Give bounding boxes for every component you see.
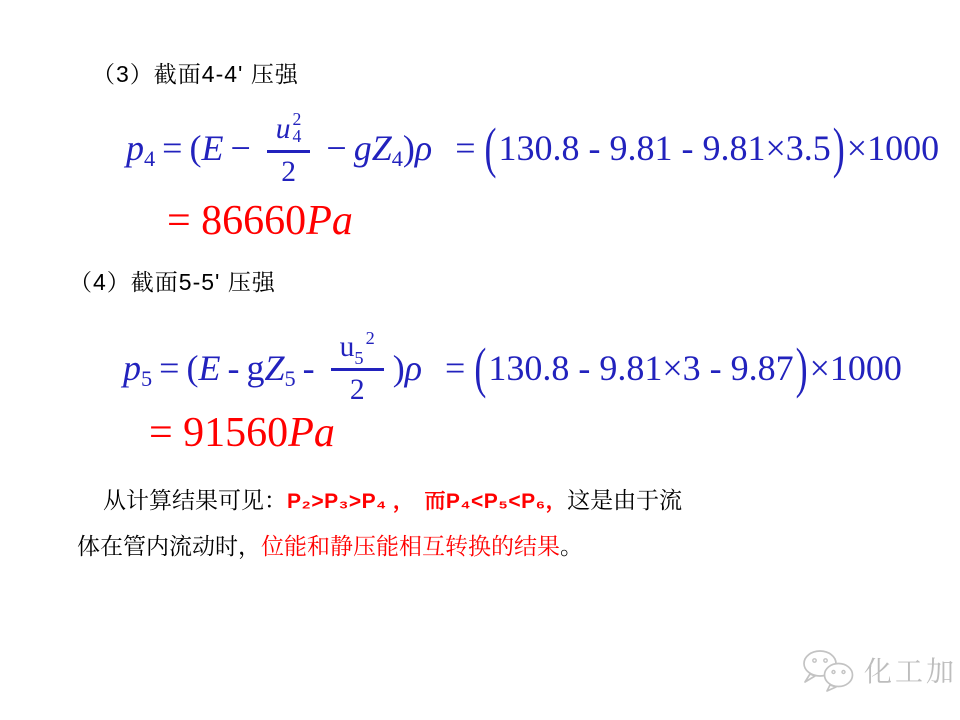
big-right-paren: ) — [796, 340, 808, 396]
subscript-5: 5 — [354, 349, 363, 367]
var-p-subscript: 5 — [141, 366, 152, 391]
minus-sign: − — [230, 128, 250, 168]
fraction-denominator: 2 — [281, 153, 296, 188]
section4-heading: （4）截面5-5' 压强 — [69, 264, 276, 297]
conclusion-period: 。 — [560, 533, 583, 559]
conclusion-line2-black: 体在管内流动时， — [77, 533, 261, 559]
var-Z-subscript: 5 — [285, 366, 296, 391]
var-p: p — [123, 348, 141, 388]
var-rho: ρ — [405, 348, 422, 388]
conclusion-line1: 从计算结果可见：P₂>P₃>P₄ ，而P₄<P₅<P₆，这是由于流 — [103, 486, 682, 515]
times-1000: ×1000 — [810, 350, 902, 386]
result-p4: = 86660Pa — [167, 200, 353, 242]
left-paren: ( — [189, 128, 201, 168]
section3-heading: （3）截面4-4' 压强 — [92, 56, 299, 89]
pressure-inequality-2: 而P₄<P₅<P₆， — [424, 487, 567, 513]
big-left-paren: ( — [485, 120, 497, 176]
slide-canvas: （3）截面4-4' 压强 p4=(E− u24 2 −gZ4)ρ =(130.8… — [0, 0, 960, 720]
result-p4-unit: Pa — [306, 198, 353, 244]
var-E: E — [198, 348, 220, 388]
var-E: E — [201, 128, 223, 168]
logo-text: 化工加 — [864, 650, 957, 690]
formula-p4: p4=(E− u24 2 −gZ4)ρ =(130.8 - 9.81 - 9.8… — [126, 100, 939, 196]
result-p5: = 91560Pa — [149, 412, 335, 454]
result-p4-value: = 86660 — [167, 198, 306, 244]
right-paren: ) — [393, 348, 405, 388]
fraction-u5sq-over-2: u52 2 — [331, 331, 384, 405]
fraction-numerator: u24 — [267, 109, 311, 153]
fraction-numerator: u52 — [331, 331, 384, 371]
conclusion-line2-red: 位能和静压能相互转换的结果 — [261, 533, 560, 559]
minus-sign: − — [326, 128, 346, 168]
fraction-u4sq-over-2: u24 2 — [267, 109, 311, 187]
formula-p4-lhs-start: p4=(E− — [126, 130, 258, 166]
pressure-inequality-1: P₂>P₃>P₄ ， — [287, 490, 414, 513]
equals-sign: = — [162, 128, 182, 168]
conclusion-line1-tail: 这是由于流 — [567, 487, 682, 513]
equals-sign: = — [455, 130, 475, 166]
var-Z: Z — [264, 348, 284, 388]
var-p-subscript: 4 — [144, 146, 155, 171]
minus-sign: - — [227, 348, 239, 388]
var-u: u — [340, 333, 355, 363]
var-p: p — [126, 128, 144, 168]
var-g: g — [354, 128, 372, 168]
sub-sup-stack: 24 — [293, 111, 302, 145]
left-paren: ( — [186, 348, 198, 388]
var-Z-subscript: 4 — [392, 146, 403, 171]
fraction-denominator: 2 — [350, 371, 365, 406]
conclusion-line2: 体在管内流动时，位能和静压能相互转换的结果。 — [77, 532, 583, 561]
formula-p4-lhs-end: −gZ4)ρ — [319, 130, 432, 166]
result-p5-value: = 91560 — [149, 410, 288, 456]
big-left-paren: ( — [474, 340, 486, 396]
numeric-expression: 130.8 - 9.81 - 9.81×3.5 — [499, 130, 831, 166]
wechat-chat-bubbles-icon — [799, 647, 857, 693]
pressure-inequality-2-text: 而P₄<P₅<P₆， — [424, 490, 567, 513]
subscript-4: 4 — [293, 128, 302, 145]
result-p5-unit: Pa — [288, 410, 335, 456]
var-rho: ρ — [415, 128, 432, 168]
numeric-expression: 130.8 - 9.81×3 - 9.87 — [488, 350, 793, 386]
minus-sign: - — [303, 348, 315, 388]
var-Z: Z — [372, 128, 392, 168]
right-paren: ) — [403, 128, 415, 168]
var-u: u — [276, 115, 291, 145]
formula-p5-rhs: =(130.8 - 9.81×3 - 9.87)×1000 — [438, 350, 902, 386]
big-right-paren: ) — [833, 120, 845, 176]
var-g: g — [246, 348, 264, 388]
formula-p5: p5=(E-gZ5- u52 2 )ρ =(130.8 - 9.81×3 - 9… — [123, 316, 902, 420]
equals-sign: = — [445, 350, 465, 386]
exponent-2: 2 — [366, 329, 375, 347]
brand-logo: 化工加 — [799, 647, 957, 693]
formula-p4-rhs: =(130.8 - 9.81 - 9.81×3.5)×1000 — [448, 130, 939, 166]
equals-sign: = — [159, 348, 179, 388]
times-1000: ×1000 — [847, 130, 939, 166]
formula-p5-lhs-start: p5=(E-gZ5- — [123, 350, 322, 386]
formula-p5-lhs-end: )ρ — [393, 350, 422, 386]
conclusion-intro: 从计算结果可见： — [103, 487, 287, 513]
